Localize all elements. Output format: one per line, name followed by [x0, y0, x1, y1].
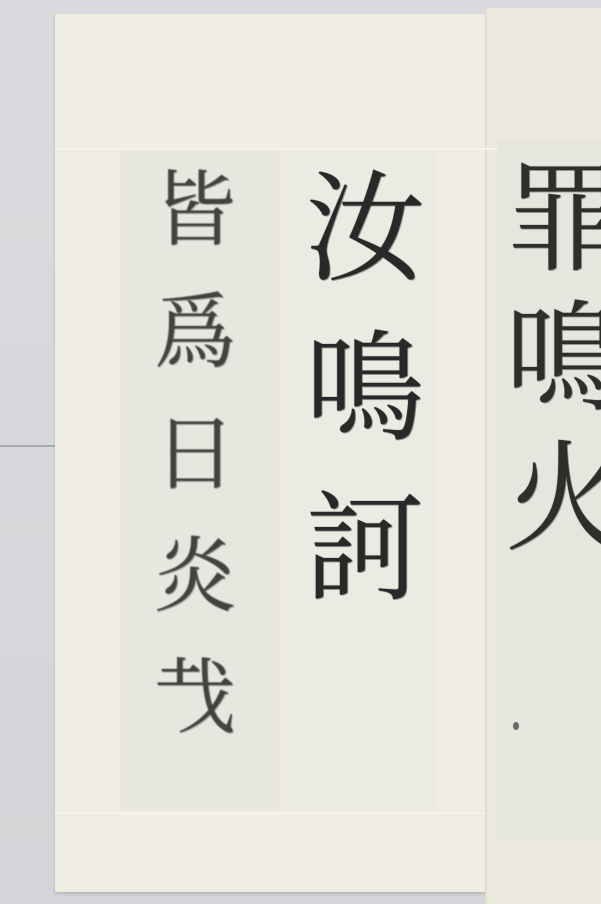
calligraphy-column-center: 汝 鳴 訶 — [295, 170, 435, 650]
character: 爲 — [154, 292, 236, 374]
calligraphy-column-left: 皆 爲 日 炎 𢦏 — [130, 170, 260, 780]
character: 鳴 — [305, 330, 425, 450]
character: 日 — [154, 414, 236, 496]
character: 訶 — [305, 490, 425, 610]
character: 炎 — [154, 536, 236, 618]
character: 𢦏 — [154, 658, 236, 740]
character: 罪 — [505, 160, 601, 280]
character: 汝 — [305, 170, 425, 290]
character: 火 — [505, 440, 601, 560]
mount-line-bottom — [55, 812, 485, 814]
paper-speck — [513, 722, 519, 730]
calligraphy-column-right: 罪 鳴 火 — [505, 160, 601, 580]
character: 皆 — [154, 170, 236, 252]
character: 鳴 — [505, 300, 601, 420]
backdrop-line — [0, 445, 55, 447]
